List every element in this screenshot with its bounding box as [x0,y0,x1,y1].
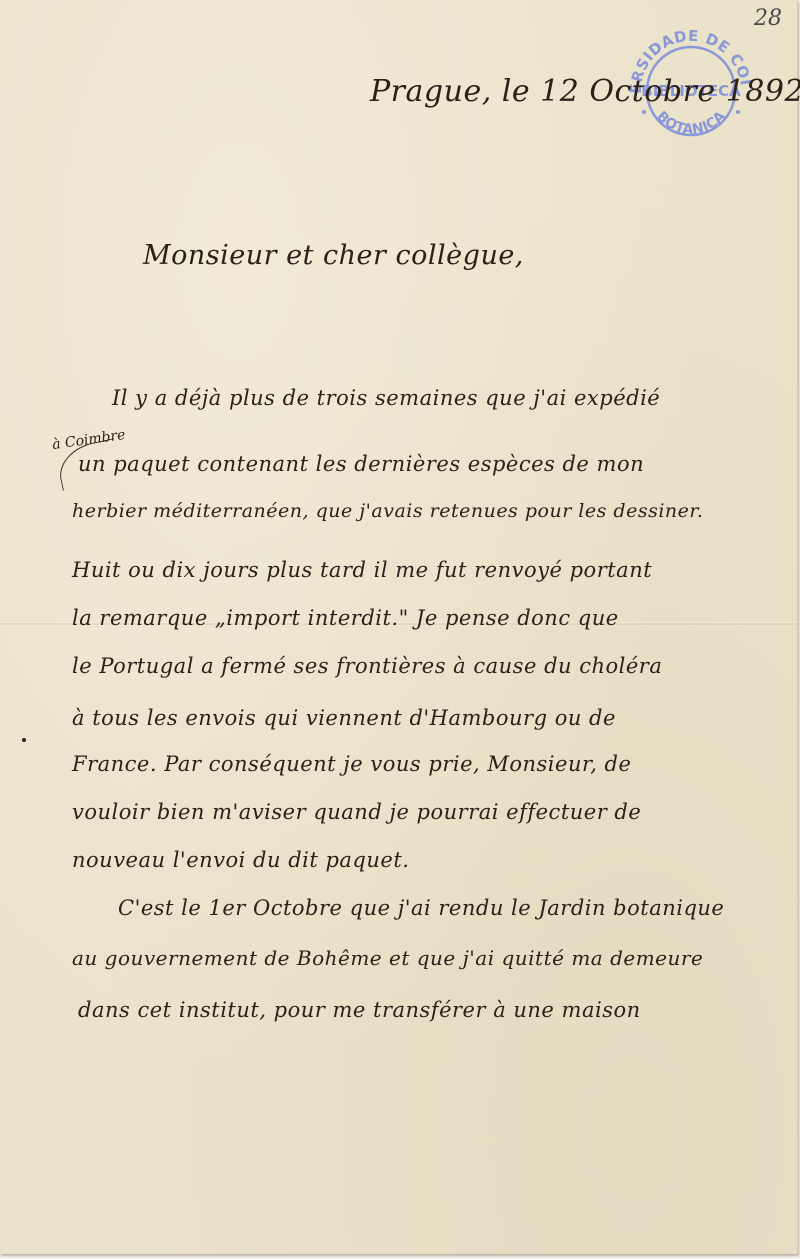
letter-line: C'est le 1er Octobre que j'ai rendu le J… [118,896,724,920]
svg-text:BOTANICA: BOTANICA [653,108,729,138]
letter-line: France. Par conséquent je vous prie, Mon… [72,752,631,776]
letter-dateline: Prague, le 12 Octobre 1892. [370,74,800,109]
letter-line: herbier méditerranéen, que j'avais reten… [72,500,703,522]
letter-salutation: Monsieur et cher collègue, [143,240,524,271]
page-number: 28 [754,6,782,31]
letter-line: dans cet institut, pour me transférer à … [78,998,641,1022]
letter-line: à tous les envois qui viennent d'Hambour… [72,706,616,730]
letter-line: nouveau l'envoi du dit paquet. [72,848,409,872]
ink-dot-mark [22,738,26,742]
letter-line: vouloir bien m'aviser quand je pourrai e… [72,800,641,824]
letter-line: Huit ou dix jours plus tard il me fut re… [72,558,652,582]
letter-line: un paquet contenant les dernières espèce… [78,452,644,476]
letter-sheet: 28 UNIVERSIDADE DE COIMBRA BIBLIOTECA BO… [0,0,798,1254]
letter-line: au gouvernement de Bohême et que j'ai qu… [72,946,703,970]
letter-line: la remarque „import interdit." Je pense … [72,606,619,630]
letter-line: le Portugal a fermé ses frontières à cau… [72,654,662,678]
stamp-bottom-text: BOTANICA [653,108,729,138]
letter-line: Il y a déjà plus de trois semaines que j… [112,386,660,410]
